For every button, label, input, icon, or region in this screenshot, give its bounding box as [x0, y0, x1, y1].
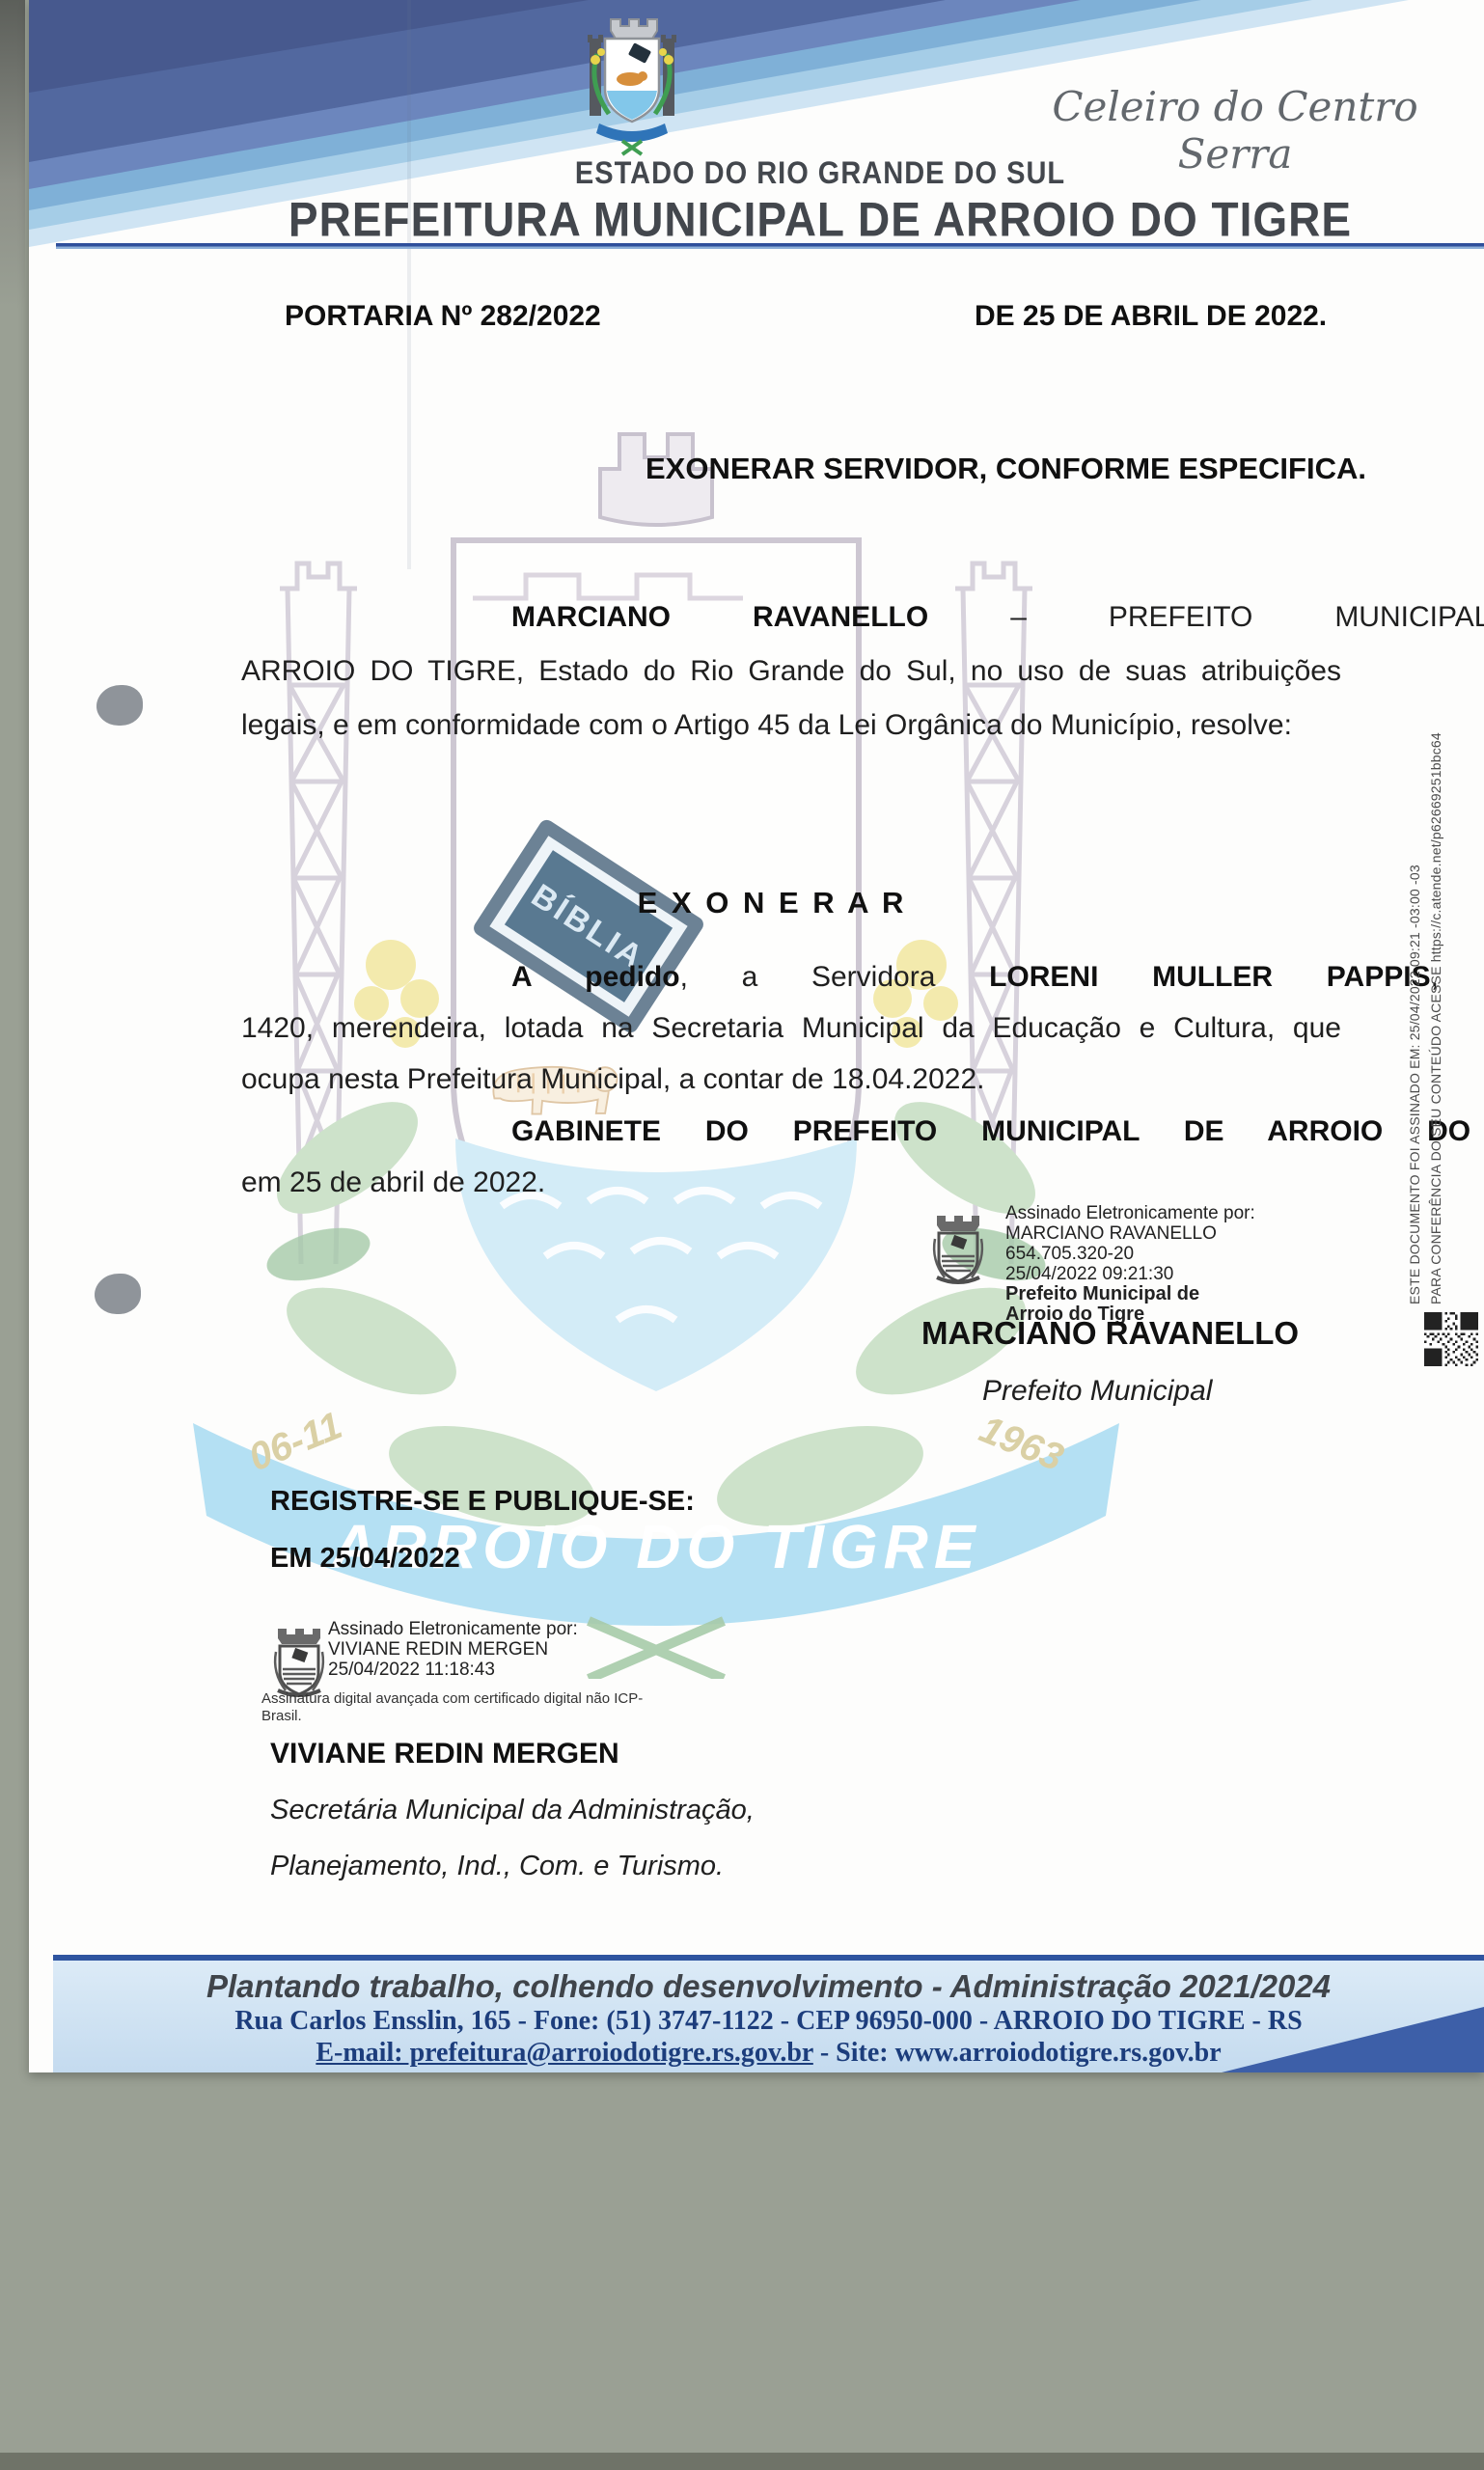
signer-role-secretaria-1: Secretária Municipal da Administração, — [270, 1793, 755, 1827]
scanner-edge-shadow — [0, 0, 25, 309]
verification-line-1: ESTE DOCUMENTO FOI ASSINADO EM: 25/04/20… — [1404, 668, 1425, 1304]
closing-date-line: EM 25/04/2022 — [270, 1541, 460, 1576]
preamble-line-3: legais, e em conformidade com o Artigo 4… — [241, 708, 1341, 743]
subject-line: EXONERAR SERVIDOR, CONFORME ESPECIFICA. — [646, 452, 1366, 486]
decision-line-2: 1420, merendeira, lotada na Secretaria M… — [241, 1011, 1341, 1046]
signer-name-prefeito: MARCIANO RAVANELLO — [921, 1316, 1299, 1351]
punch-hole — [95, 1274, 141, 1314]
stamp-crest-icon — [270, 1623, 328, 1698]
signer-role-prefeito: Prefeito Municipal — [982, 1374, 1212, 1409]
preamble-line-1: MARCIANO RAVANELLO – PREFEITO MUNICIPAL … — [241, 600, 1484, 635]
municipality-line: PREFEITURA MUNICIPAL DE ARROIO DO TIGRE — [261, 191, 1380, 247]
stamp-crest-icon — [929, 1210, 987, 1285]
decision-line-3: ocupa nesta Prefeitura Municipal, a cont… — [241, 1062, 1341, 1097]
state-line: ESTADO DO RIO GRANDE DO SUL — [261, 156, 1380, 192]
footer-address: Rua Carlos Ensslin, 165 - Fone: (51) 374… — [53, 2006, 1484, 2037]
signer-role-secretaria-2: Planejamento, Ind., Com. e Turismo. — [270, 1849, 724, 1883]
qr-code-icon — [1424, 1312, 1478, 1366]
portaria-date: DE 25 DE ABRIL DE 2022. — [975, 299, 1327, 334]
servant-name: LORENI MULLER PAPPIS — [989, 961, 1431, 993]
municipal-coat-of-arms-icon — [582, 10, 682, 156]
ribbon-left-mark: 06-11 — [243, 1404, 348, 1479]
scanner-bottom-strip — [0, 2453, 1484, 2470]
footer-email: E-mail: prefeitura@arroiodotigre.rs.gov.… — [316, 2038, 812, 2068]
section-heading: E X O N E R A R — [241, 886, 1303, 920]
portaria-number: PORTARIA Nº 282/2022 — [285, 299, 601, 334]
verification-strip: ESTE DOCUMENTO FOI ASSINADO EM: 25/04/20… — [1404, 668, 1446, 1304]
document-page: BÍBLIA ARROIO DO TIGR — [29, 0, 1484, 2072]
scan-fold-line — [407, 0, 411, 569]
footer-band: Plantando trabalho, colhendo desenvolvim… — [53, 1955, 1484, 2072]
verification-line-2: PARA CONFERÊNCIA DO SEU CONTEÚDO ACESSE … — [1425, 668, 1446, 1304]
letterhead: ESTADO DO RIO GRANDE DO SUL PREFEITURA M… — [261, 156, 1380, 243]
footer-site: - Site: www.arroiodotigre.rs.gov.br — [813, 2038, 1222, 2068]
footer-slogan: Plantando trabalho, colhendo desenvolvim… — [53, 1968, 1484, 2005]
gabinete-line-2: em 25 de abril de 2022. — [241, 1166, 1341, 1200]
e-signature-stamp-prefeito: Assinado Eletronicamente por: MARCIANO R… — [1005, 1203, 1255, 1325]
registre-line: REGISTRE-SE E PUBLIQUE-SE: — [270, 1484, 695, 1519]
signature-note: Assinatura digital avançada com certific… — [261, 1690, 676, 1725]
preamble-line-2: ARROIO DO TIGRE, Estado do Rio Grande do… — [241, 654, 1341, 689]
signer-name-secretaria: VIVIANE REDIN MERGEN — [270, 1737, 619, 1771]
punch-hole — [96, 685, 143, 726]
decision-line-1: A pedido, a Servidora LORENI MULLER PAPP… — [241, 960, 1484, 995]
gabinete-line-1: GABINETE DO PREFEITO MUNICIPAL DE ARROIO… — [241, 1114, 1484, 1149]
e-signature-stamp-secretaria: Assinado Eletronicamente por: VIVIANE RE… — [328, 1619, 578, 1680]
prefeito-name: MARCIANO RAVANELLO — [511, 601, 928, 633]
